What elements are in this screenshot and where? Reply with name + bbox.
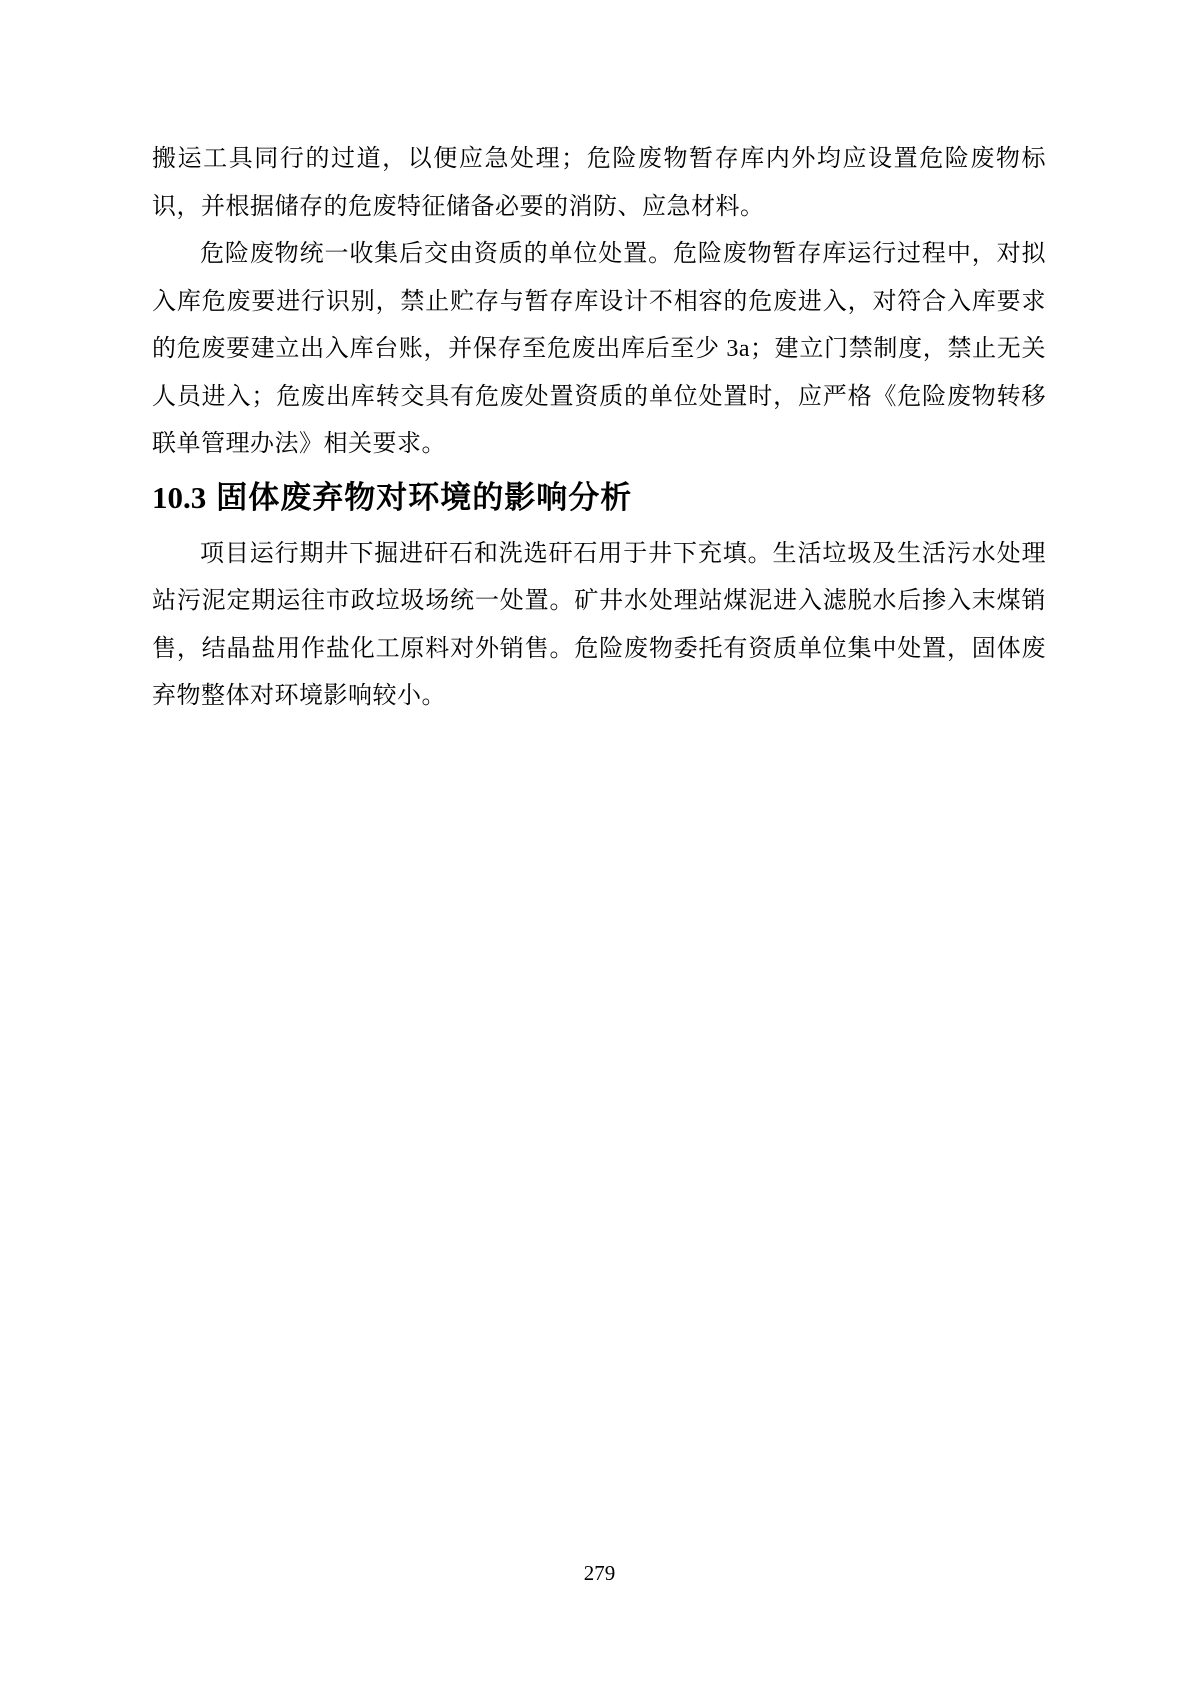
body-paragraph-hazardous-waste-disposal: 危险废物统一收集后交由资质的单位处置。危险废物暂存库运行过程中，对拟入库危废要进… (152, 231, 1046, 469)
body-paragraph-hazardous-waste-storage: 搬运工具同行的过道，以便应急处理；危险废物暂存库内外均应设置危险废物标识，并根据… (152, 136, 1046, 231)
body-paragraph-solid-waste-impact: 项目运行期井下掘进矸石和洗选矸石用于井下充填。生活垃圾及生活污水处理站污泥定期运… (152, 531, 1046, 721)
section-title: 固体废弃物对环境的影响分析 (216, 480, 632, 515)
page-content: 搬运工具同行的过道，以便应急处理；危险废物暂存库内外均应设置危险废物标识，并根据… (152, 136, 1046, 721)
section-number: 10.3 (152, 480, 206, 515)
document-page: 搬运工具同行的过道，以便应急处理；危险废物暂存库内外均应设置危险废物标识，并根据… (0, 0, 1199, 1696)
section-heading-10-3: 10.3固体废弃物对环境的影响分析 (152, 477, 1046, 519)
page-number: 279 (0, 1560, 1199, 1586)
